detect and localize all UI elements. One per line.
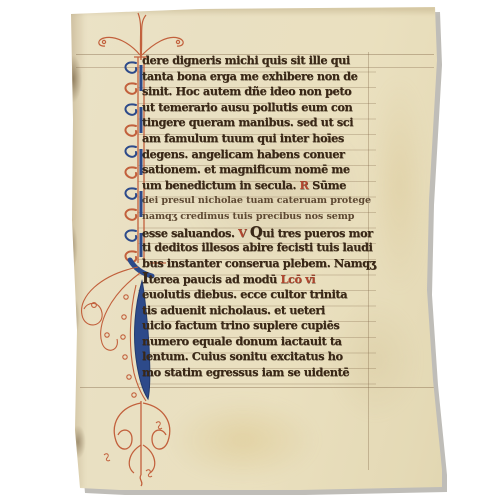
text-line: um benedictum in secula. R Sūme: [142, 178, 376, 194]
text-block: dere digneris michi quis sit ille quitan…: [142, 53, 376, 380]
text-line: dere digneris michi quis sit ille qui: [142, 53, 376, 69]
text-segment-ink: numero equale donum iactauit ta: [142, 334, 342, 348]
text-segment-ink: tanta bona erga me exhibere non de: [142, 69, 357, 83]
text-segment-red: V: [238, 226, 250, 240]
text-segment-ink: sinit. Hoc autem dñe ideo non peto: [142, 84, 351, 98]
text-line: euolutis diebus. ecce cultor trinita: [142, 287, 376, 303]
vellum-leaf: dere digneris michi quis sit ille quitan…: [0, 0, 500, 500]
text-segment-red: R: [300, 178, 313, 192]
text-segment-ink: tingere queram manibus. sed ut sci: [142, 115, 353, 129]
text-segment-ink: mo statim egressus iam se uidentē: [142, 365, 349, 379]
text-segment-ink: bus instanter conserua plebem. Namqʒ: [142, 256, 376, 270]
text-line: esse saluandos. V Qui tres pueros mor: [142, 225, 376, 241]
text-segment-ink: lentum. Cuius sonitu excitatus ho: [142, 349, 343, 363]
text-line: dei presul nicholae tuam cateruam proteg…: [142, 193, 376, 209]
text-line: Iterea paucis ad modū Lcō vī: [142, 271, 376, 287]
text-line: tanta bona erga me exhibere non de: [142, 69, 376, 85]
text-line: lentum. Cuius sonitu excitatus ho: [142, 349, 376, 365]
text-line: ti deditos illesos abire fecisti tuis la…: [142, 240, 376, 256]
text-segment-ink: ui tres pueros mor: [262, 226, 372, 240]
text-line: mo statim egressus iam se uidentē: [142, 365, 376, 381]
text-segment-red: Lcō vī: [280, 272, 315, 286]
text-segment-ink: degens. angelicam habens conuer: [142, 147, 345, 161]
text-segment-ink: euolutis diebus. ecce cultor trinita: [142, 287, 347, 301]
text-line: namqʒ credimus tuis precibus nos semp: [142, 209, 376, 225]
text-segment-ink: ut temerario ausu pollutis eum con: [142, 100, 352, 114]
parchment-stain: [372, 80, 426, 290]
text-segment-ink: am famulum tuum qui inter hoīes: [142, 131, 344, 145]
text-line: sationem. et magnificum nomē me: [142, 162, 376, 178]
text-line: degens. angelicam habens conuer: [142, 147, 376, 163]
text-segment-ink: um benedictum in secula.: [142, 178, 300, 192]
text-line: tis aduenit nicholaus. et ueteri: [142, 303, 376, 319]
photograph-of-manuscript-leaf: dere digneris michi quis sit ille quitan…: [0, 0, 500, 500]
text-segment-ink: dei presul nicholae tuam cateruam proteg…: [142, 195, 371, 206]
text-line: numero equale donum iactauit ta: [142, 334, 376, 350]
text-segment-ink: ti deditos illesos abire fecisti tuis la…: [142, 240, 372, 254]
text-line: bus instanter conserua plebem. Namqʒ: [142, 256, 376, 272]
left-loop-flourishes: [82, 267, 140, 350]
text-line: am famulum tuum qui inter hoīes: [142, 131, 376, 147]
marginal-curls: [125, 62, 136, 261]
text-line: sinit. Hoc autem dñe ideo non peto: [142, 84, 376, 100]
text-segment-ink: namqʒ credimus tuis precibus nos semp: [142, 211, 354, 222]
text-segment-ink: sationem. et magnificum nomē me: [142, 162, 350, 176]
text-line: tingere queram manibus. sed ut sci: [142, 115, 376, 131]
text-segment-ink: tis aduenit nicholaus. et ueteri: [142, 303, 325, 317]
text-segment-ink: esse saluandos.: [142, 226, 238, 240]
parchment-stain: [168, 398, 318, 482]
bottom-interlace-flourish: [104, 401, 170, 486]
text-line: uicio factum trino suplere cupiēs: [142, 318, 376, 334]
text-segment-initial: Q: [250, 224, 262, 241]
text-segment-ink: dere digneris michi quis sit ille qui: [142, 53, 350, 67]
text-segment-ink: terea paucis ad modū: [148, 272, 280, 286]
text-line: ut temerario ausu pollutis eum con: [142, 100, 376, 116]
text-segment-ink: uicio factum trino suplere cupiēs: [142, 318, 339, 332]
text-segment-ink: Sūme: [312, 178, 346, 192]
